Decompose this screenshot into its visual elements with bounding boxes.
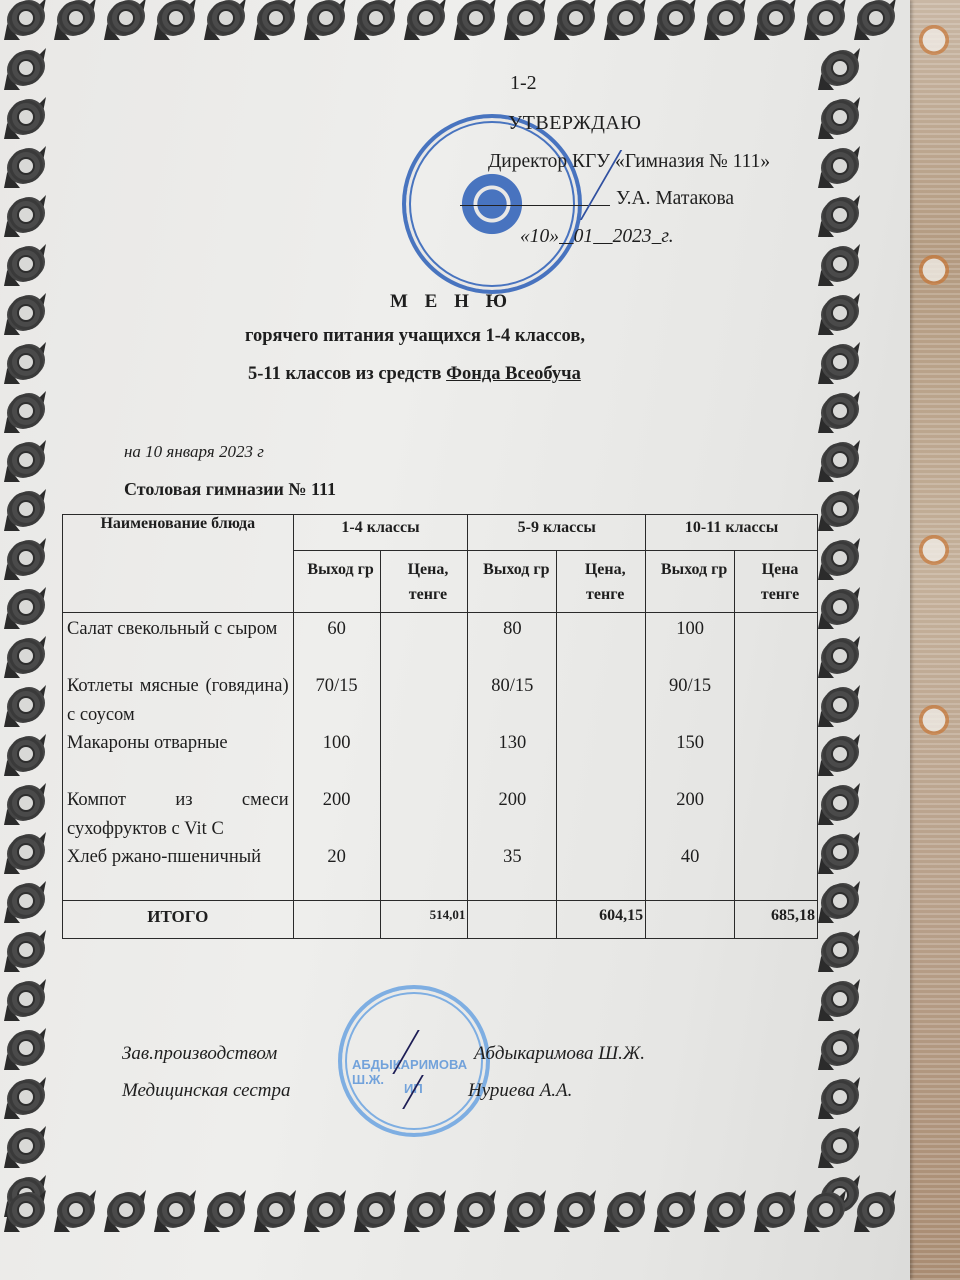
subtitle-prefix: 5-11 классов из средств (248, 364, 446, 384)
dish-output-value: 100 (294, 729, 380, 786)
output-10-11-cell: 10090/1515020040 (646, 613, 735, 901)
date-year: 2023 (613, 226, 652, 248)
document-subtitle-line1: горячего питания учащихся 1-4 классов, (245, 326, 585, 347)
date-month: 01 (574, 226, 594, 248)
lace-pattern (912, 10, 956, 70)
flower-ornament-icon (818, 979, 862, 1021)
flower-ornament-icon (4, 538, 48, 580)
flower-ornament-icon (4, 636, 48, 678)
table-row-dishes: Салат свекольный с сыромКотлеты мясные (… (63, 613, 818, 901)
menu-date: на 10 января 2023 г (124, 442, 264, 462)
flower-ornament-icon (504, 1190, 548, 1232)
flower-ornament-icon (818, 195, 862, 237)
flower-ornament-icon (804, 0, 848, 40)
dish-output-value: 200 (294, 786, 380, 843)
header-group-10-11: 10-11 классы (646, 515, 818, 551)
flower-ornament-icon (818, 587, 862, 629)
page-reference: 1-2 (510, 72, 537, 95)
flower-ornament-icon (504, 0, 548, 40)
price-1-4-cell (380, 613, 468, 901)
flower-ornament-icon (604, 1190, 648, 1232)
flower-ornament-icon (4, 391, 48, 433)
header-group-5-9: 5-9 классы (468, 515, 646, 551)
flower-ornament-icon (404, 1190, 448, 1232)
flower-ornament-icon (4, 1077, 48, 1119)
total-price-10-11: 685,18 (735, 901, 818, 939)
dish-output-value: 150 (646, 729, 734, 786)
flower-ornament-icon (4, 734, 48, 776)
fund-name: Фонда Всеобуча (446, 364, 581, 384)
lace-pattern (912, 240, 956, 300)
flower-ornament-icon (604, 0, 648, 40)
flower-ornament-icon (4, 440, 48, 482)
flower-ornament-icon (654, 1190, 698, 1232)
flower-ornament-icon (818, 734, 862, 776)
flower-ornament-icon (4, 783, 48, 825)
flower-ornament-icon (4, 832, 48, 874)
table-row-total: ИТОГО 514,01 604,15 685,18 (63, 901, 818, 939)
flower-ornament-icon (104, 0, 148, 40)
flower-ornament-icon (154, 1190, 198, 1232)
flower-ornament-icon (4, 930, 48, 972)
flower-ornament-icon (818, 146, 862, 188)
flower-ornament-icon (818, 1028, 862, 1070)
signature-role-2: Медицинская сестра (122, 1080, 291, 1102)
output-5-9-cell: 8080/1513020035 (468, 613, 557, 901)
flower-ornament-icon (354, 1190, 398, 1232)
flower-ornament-icon (4, 244, 48, 286)
total-output-1-4 (293, 901, 380, 939)
flower-ornament-icon (754, 1190, 798, 1232)
flower-ornament-icon (818, 1077, 862, 1119)
dish-output-value: 80 (468, 615, 556, 672)
flower-ornament-icon (818, 489, 862, 531)
flower-ornament-icon (104, 1190, 148, 1232)
flower-ornament-icon (4, 342, 48, 384)
total-price-1-4: 514,01 (380, 901, 468, 939)
flower-ornament-icon (754, 0, 798, 40)
flower-ornament-icon (554, 0, 598, 40)
flower-ornament-icon (704, 1190, 748, 1232)
flower-ornament-icon (818, 440, 862, 482)
date-suffix: г. (661, 226, 673, 248)
dish-output-value: 90/15 (646, 672, 734, 729)
dish-name: Макароны отварные (67, 729, 289, 786)
dish-output-value: 100 (646, 615, 734, 672)
flower-ornament-icon (154, 0, 198, 40)
flower-ornament-icon (4, 1028, 48, 1070)
flower-ornament-icon (854, 1190, 898, 1232)
flower-ornament-icon (818, 1126, 862, 1168)
approval-title: УТВЕРЖДАЮ (508, 112, 641, 135)
flower-ornament-icon (304, 0, 348, 40)
flower-ornament-icon (704, 0, 748, 40)
flower-ornament-icon (404, 0, 448, 40)
signature-name-1: Абдыкаримова Ш.Ж. (474, 1043, 645, 1065)
flower-ornament-icon (4, 1126, 48, 1168)
header-group-1-4: 1-4 классы (293, 515, 468, 551)
total-output-10-11 (646, 901, 735, 939)
flower-ornament-icon (818, 97, 862, 139)
flower-ornament-icon (4, 489, 48, 531)
price-10-11-cell (735, 613, 818, 901)
flower-ornament-icon (818, 881, 862, 923)
header-output-5-9: Выход гр (468, 551, 557, 613)
flower-ornament-icon (304, 1190, 348, 1232)
flower-ornament-icon (254, 0, 298, 40)
background-tablecloth (908, 0, 960, 1280)
dish-name: Компот из смеси сухофруктов с Vit C (67, 786, 289, 843)
dish-name: Котлеты мясные (говядина) с соусом (67, 672, 289, 729)
flower-ornament-icon (818, 48, 862, 90)
document-subtitle-line2: 5-11 классов из средств Фонда Всеобуча (248, 364, 581, 385)
flower-ornament-icon (204, 1190, 248, 1232)
flower-ornament-icon (4, 0, 48, 40)
flower-ornament-icon (818, 685, 862, 727)
entrepreneur-stamp: АБДЫКАРИМОВА Ш.Ж. ИП (338, 985, 490, 1137)
approval-signatory: У.А. Матакова (616, 188, 734, 209)
flower-ornament-icon (818, 783, 862, 825)
dish-output-value: 200 (468, 786, 556, 843)
flower-ornament-icon (354, 0, 398, 40)
dish-output-value: 70/15 (294, 672, 380, 729)
signature-name-2: Нуриева А.А. (468, 1080, 572, 1102)
flower-ornament-icon (818, 930, 862, 972)
flower-ornament-icon (818, 391, 862, 433)
flower-ornament-icon (204, 0, 248, 40)
dish-output-value: 35 (468, 843, 556, 900)
dish-name: Салат свекольный с сыром (67, 615, 289, 672)
header-price-5-9: Цена, тенге (557, 551, 646, 613)
flower-ornament-icon (4, 293, 48, 335)
flower-ornament-icon (804, 1190, 848, 1232)
signature-role-1: Зав.производством (122, 1043, 277, 1065)
dish-output-value: 20 (294, 843, 380, 900)
dish-output-value: 60 (294, 615, 380, 672)
flower-ornament-icon (654, 0, 698, 40)
flower-ornament-icon (4, 587, 48, 629)
flower-ornament-icon (818, 293, 862, 335)
header-price-10-11: Цена тенге (735, 551, 818, 613)
dish-output-value: 130 (468, 729, 556, 786)
flower-ornament-icon (818, 244, 862, 286)
flower-ornament-icon (4, 195, 48, 237)
flower-ornament-icon (818, 538, 862, 580)
header-dish-name: Наименование блюда (63, 515, 294, 613)
approval-position: Директор КГУ «Гимназия № 111» (488, 151, 770, 173)
flower-ornament-icon (4, 48, 48, 90)
flower-ornament-icon (4, 1190, 48, 1232)
approval-date: «10» 01 2023 г. (520, 226, 674, 248)
total-label: ИТОГО (63, 901, 294, 939)
flower-ornament-icon (54, 0, 98, 40)
lace-pattern (912, 520, 956, 580)
dish-output-value: 80/15 (468, 672, 556, 729)
header-output-10-11: Выход гр (646, 551, 735, 613)
flower-ornament-icon (254, 1190, 298, 1232)
document-page: 1-2 УТВЕРЖДАЮ Директор КГУ «Гимназия № 1… (0, 0, 910, 1280)
output-1-4-cell: 6070/1510020020 (293, 613, 380, 901)
flower-ornament-icon (4, 979, 48, 1021)
canteen-name: Столовая гимназии № 111 (124, 479, 336, 500)
date-day: «10» (520, 226, 559, 248)
price-5-9-cell (557, 613, 646, 901)
dish-output-value: 40 (646, 843, 734, 900)
header-price-1-4: Цена, тенге (380, 551, 468, 613)
flower-ornament-icon (4, 881, 48, 923)
lace-pattern (912, 690, 956, 750)
flower-ornament-icon (454, 1190, 498, 1232)
total-price-5-9: 604,15 (557, 901, 646, 939)
flower-ornament-icon (4, 97, 48, 139)
flower-ornament-icon (4, 685, 48, 727)
document-title: М Е Н Ю (390, 291, 513, 313)
header-output-1-4: Выход гр (293, 551, 380, 613)
flower-ornament-icon (818, 636, 862, 678)
flower-ornament-icon (4, 146, 48, 188)
dish-name: Хлеб ржано-пшеничный (67, 843, 289, 900)
flower-ornament-icon (818, 342, 862, 384)
dish-output-value: 200 (646, 786, 734, 843)
flower-ornament-icon (54, 1190, 98, 1232)
flower-ornament-icon (818, 832, 862, 874)
flower-ornament-icon (854, 0, 898, 40)
flower-ornament-icon (454, 0, 498, 40)
dish-names-cell: Салат свекольный с сыромКотлеты мясные (… (63, 613, 294, 901)
total-output-5-9 (468, 901, 557, 939)
menu-table: Наименование блюда 1-4 классы 5-9 классы… (62, 514, 818, 939)
flower-ornament-icon (554, 1190, 598, 1232)
